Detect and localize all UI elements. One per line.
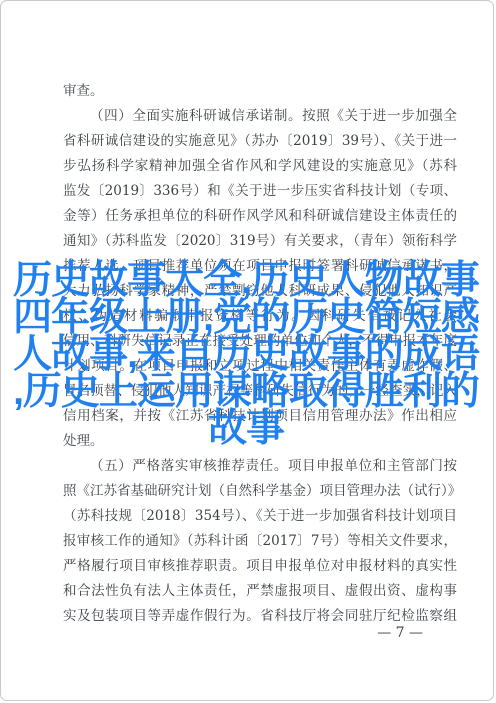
document-line: （五）严格落实审核推荐责任。项目申报单位和主管部门按 xyxy=(63,454,457,479)
document-line: 通知》（苏科监发〔2020〕319号）有关要求，（青年）领衔科学家 xyxy=(63,229,457,254)
document-text: 审查。（四）全面实施科研诚信承诺制。按照《关于进一步加强全省科研诚信建设的实施意… xyxy=(63,79,457,629)
document-line: 金等）任务承担单位的科研作风学风和科研诚信建设主体责任的 xyxy=(63,204,457,229)
document-line: 信用、科研失信记录正在接受处理的单位和个人，不得申报本年度 xyxy=(63,329,457,354)
document-line: 权、伪造材料骗取申报资格等行为。因科研失信被记入社会 xyxy=(63,304,457,329)
document-line: 照《江苏省基础研究计划（自然科学基金）项目管理办法（试行）》 xyxy=(63,479,457,504)
document-line: 处理。 xyxy=(63,429,457,454)
document-line: 审查。 xyxy=(63,79,457,104)
document-line: 省科研诚信建设的实施意见》（苏办〔2019〕39号）、《关于进一 xyxy=(63,129,457,154)
document-line: 冒名顶替、侵犯他人知识产权等科研失信行为的，一经查实，记入 xyxy=(63,379,457,404)
document-line: 严格履行项目审核推荐职责。项目申报单位对申报材料的真实性 xyxy=(63,554,457,579)
document-line: 大力弘扬科学家精神，严禁剽窃他人科研成果、侵犯他人知识产 xyxy=(63,279,457,304)
document-line: 和合法性负有法人主体责任，严禁虚报项目、虚假出资、虚构事 xyxy=(63,579,457,604)
document-line: （四）全面实施科研诚信承诺制。按照《关于进一步加强全 xyxy=(63,104,457,129)
document-line: 监发〔2019〕336号）和《关于进一步压实省科技计划（专项、基 xyxy=(63,179,457,204)
document-line: 计划项目。在项目申报和立项过程中相关责任主体有弄虚作假、 xyxy=(63,354,457,379)
document-line: （苏科技规〔2018〕354号）、《关于进一步加强省科技计划项目申 xyxy=(63,504,457,529)
document-page-card: 审查。（四）全面实施科研诚信承诺制。按照《关于进一步加强全省科研诚信建设的实施意… xyxy=(0,0,494,701)
document-line: 步弘扬科学家精神加强全省作风和学风建设的实施意见》（苏科 xyxy=(63,154,457,179)
page-number: — 7 — xyxy=(377,623,423,643)
document-line: 报审核工作的通知》（苏科计函〔2017〕7号）等相关文件要求， xyxy=(63,529,457,554)
document-line: 推荐人选、项目推荐单位须在项目申报时签署科研诚信承诺书， xyxy=(63,254,457,279)
document-line: 信用档案，并按《江苏省科技计划项目信用管理办法》作出相应 xyxy=(63,404,457,429)
